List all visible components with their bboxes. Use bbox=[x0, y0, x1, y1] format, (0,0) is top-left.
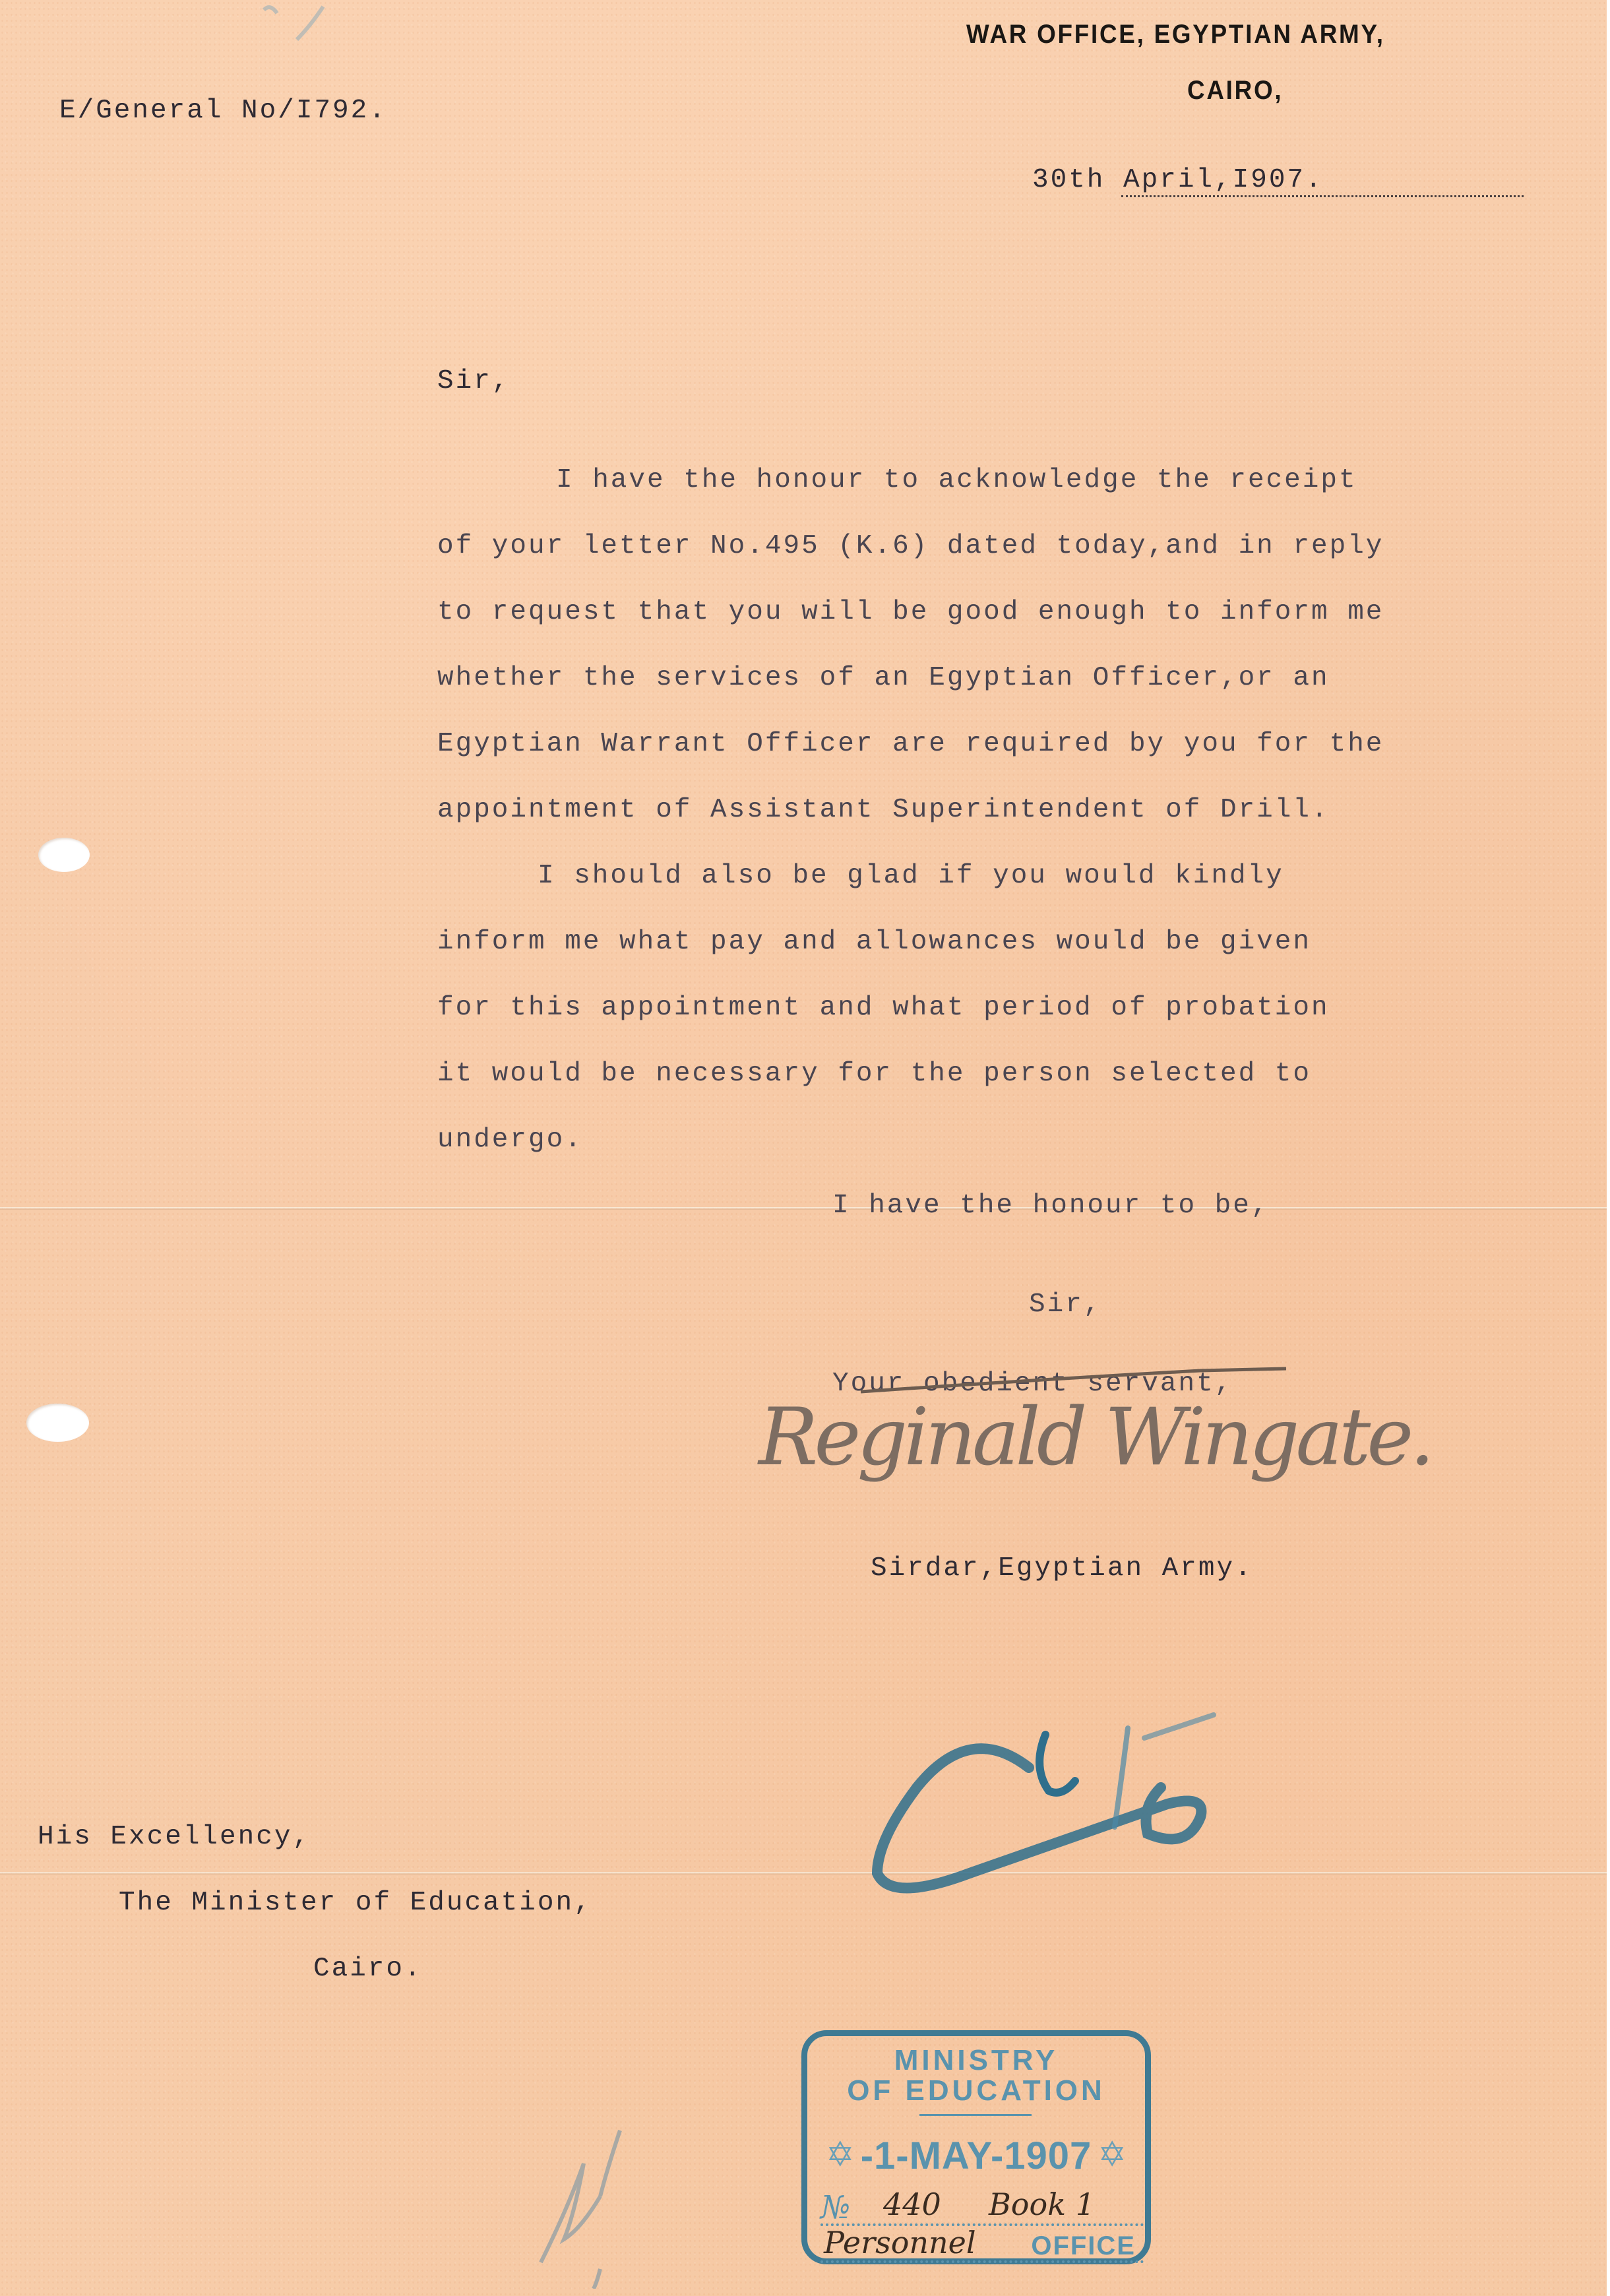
star-icon: ✡ bbox=[1098, 2135, 1127, 2175]
stamp-date: -1-MAY-1907 bbox=[807, 2134, 1145, 2178]
blue-pencil-initials-icon bbox=[864, 1675, 1326, 1900]
stamp-title-line1: MINISTRY bbox=[807, 2044, 1145, 2077]
fold-crease-upper bbox=[0, 1207, 1607, 1210]
faint-pencil-note-icon bbox=[198, 0, 416, 53]
salutation: Sir, bbox=[437, 366, 510, 396]
body-line: for this appointment and what period of … bbox=[437, 993, 1330, 1023]
signer-title: Sirdar,Egyptian Army. bbox=[871, 1553, 1253, 1584]
punch-hole-upper bbox=[38, 838, 90, 872]
punch-hole-lower bbox=[26, 1404, 89, 1442]
ministry-received-stamp: MINISTRY OF EDUCATION ✡ -1-MAY-1907 ✡ № … bbox=[801, 2030, 1151, 2264]
body-line: Egyptian Warrant Officer are required by… bbox=[437, 729, 1384, 759]
date-dotted-rule bbox=[1121, 195, 1524, 197]
pencil-mark-icon bbox=[514, 2111, 646, 2289]
stamp-divider bbox=[919, 2114, 1032, 2116]
stamp-number-value: 440 bbox=[883, 2187, 941, 2222]
stamp-number-label: № bbox=[820, 2189, 850, 2226]
closing-line: I have the honour to be, bbox=[832, 1191, 1270, 1221]
recipient-line: His Excellency, bbox=[38, 1822, 311, 1852]
body-line: undergo. bbox=[437, 1125, 583, 1155]
body-line: inform me what pay and allowances would … bbox=[437, 927, 1311, 957]
body-line: it would be necessary for the person sel… bbox=[437, 1059, 1311, 1089]
stamp-office-row: Personnel OFFICE bbox=[820, 2231, 1144, 2263]
stamp-number-row: № 440 Book 1 bbox=[820, 2187, 1144, 2226]
recipient-line: The Minister of Education, bbox=[119, 1888, 592, 1918]
reference-number: E/General No/I792. bbox=[59, 96, 387, 126]
letter-date: 30th April,I907. bbox=[1032, 165, 1324, 195]
body-line: whether the services of an Egyptian Offi… bbox=[437, 663, 1330, 693]
letter-paper bbox=[0, 0, 1607, 2296]
signature-flourish-icon bbox=[857, 1359, 1517, 1398]
stamp-office-label: OFFICE bbox=[1031, 2231, 1136, 2261]
stamp-book-value: Book 1 bbox=[989, 2187, 1095, 2222]
body-line: I have the honour to acknowledge the rec… bbox=[556, 465, 1357, 495]
body-line: to request that you will be good enough … bbox=[437, 597, 1384, 627]
handwritten-signature: Reginald Wingate. bbox=[759, 1392, 1431, 1483]
letterhead-city: CAIRO, bbox=[1187, 76, 1283, 106]
stamp-title-line2: OF EDUCATION bbox=[807, 2074, 1145, 2107]
closing-sir: Sir, bbox=[1029, 1289, 1101, 1320]
fold-crease-lower bbox=[0, 1872, 1607, 1875]
stamp-office-value: Personnel bbox=[824, 2225, 976, 2260]
recipient-line: Cairo. bbox=[313, 1954, 423, 1984]
body-line: appointment of Assistant Superintendent … bbox=[437, 795, 1330, 825]
letterhead-office: WAR OFFICE, EGYPTIAN ARMY, bbox=[966, 20, 1385, 49]
body-line: I should also be glad if you would kindl… bbox=[538, 861, 1284, 891]
body-line: of your letter No.495 (K.6) dated today,… bbox=[437, 531, 1384, 561]
